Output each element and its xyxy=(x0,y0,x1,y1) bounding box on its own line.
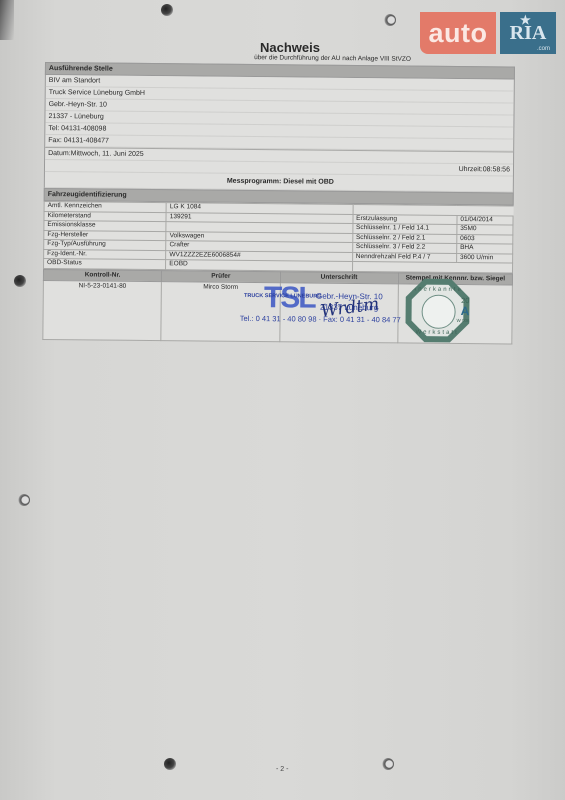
field-label: Schlüsselnr. 2 / Feld 2.1 xyxy=(352,233,456,243)
field-label: Schlüsselnr. 3 / Feld 2.2 xyxy=(352,242,456,252)
inspector-cell: Mirco Storm TSL TRUCK SERVICE LÜNEBURG G… xyxy=(161,281,280,341)
seal-top-text: Anerkannte xyxy=(406,286,470,293)
vehicle-id-table: Amtl. Kennzeichen LG K 1084 Kilometersta… xyxy=(43,201,514,273)
field-label: OBD-Status xyxy=(44,258,166,269)
field-value: 35M0 xyxy=(457,224,513,234)
executing-body-block: BIV am Standort Truck Service Lüneburg G… xyxy=(44,75,515,193)
field-value: BHA xyxy=(457,243,513,253)
field-label: Amtl. Kennzeichen xyxy=(44,201,166,212)
seal-bottom-text: Werkstatt xyxy=(405,329,469,336)
field-label: Fzg-Typ/Ausführung xyxy=(44,239,166,250)
time-value: Uhrzeit:08:58:56 xyxy=(459,164,513,176)
certificate-sheet: Ausführende Stelle BIV am Standort Truck… xyxy=(42,62,515,344)
field-label: Nenndrehzahl Feld P.4 / 7 xyxy=(352,252,456,262)
field-value: 3600 U/min xyxy=(456,253,512,263)
seal-number: W 00603475 xyxy=(437,317,501,323)
star-icon: ★ xyxy=(520,13,531,28)
field-label: Fzg-Ident.-Nr. xyxy=(44,249,166,260)
punch-hole xyxy=(382,758,394,770)
field-label: Fzg-Hersteller xyxy=(44,230,166,241)
punch-hole xyxy=(18,494,30,506)
document-title: Nachweis xyxy=(65,40,515,55)
punch-hole xyxy=(161,4,173,16)
signature-table: Kontroll-Nr. Prüfer Unterschrift Stempel… xyxy=(42,268,513,344)
page-edge-shadow xyxy=(0,0,14,40)
punch-hole xyxy=(164,758,176,770)
control-number: NI-5-23-0141-80 xyxy=(43,280,162,340)
logo-ria-suffix: .com xyxy=(537,46,550,52)
inspector-name: Mirco Storm xyxy=(203,283,238,290)
signature-cell: Wrdtm xyxy=(279,282,398,342)
field-value: 01/04/2014 xyxy=(457,215,513,225)
handwritten-signature: Wrdtm xyxy=(319,294,380,321)
punch-hole xyxy=(14,275,26,287)
field-label: Schlüsselnr. 1 / Feld 14.1 xyxy=(353,223,457,233)
signature-row: NI-5-23-0141-80 Mirco Storm TSL TRUCK SE… xyxy=(43,280,513,343)
au-seal: Anerkannte 2025 AU W 00603475 Werkstatt xyxy=(405,278,470,343)
field-label: Emissionsklasse xyxy=(44,220,166,231)
field-label: Erstzulassung xyxy=(353,214,457,224)
page-number: - 2 - xyxy=(276,766,288,773)
au-certificate: Nachweis über die Durchführung der AU na… xyxy=(45,40,515,340)
field-value: 0603 xyxy=(457,234,513,244)
field-label: Kilometerstand xyxy=(44,211,166,222)
punch-hole xyxy=(384,14,396,26)
seal-cell: Anerkannte 2025 AU W 00603475 Werkstatt xyxy=(398,283,513,343)
seal-au-label: AU xyxy=(437,303,501,318)
